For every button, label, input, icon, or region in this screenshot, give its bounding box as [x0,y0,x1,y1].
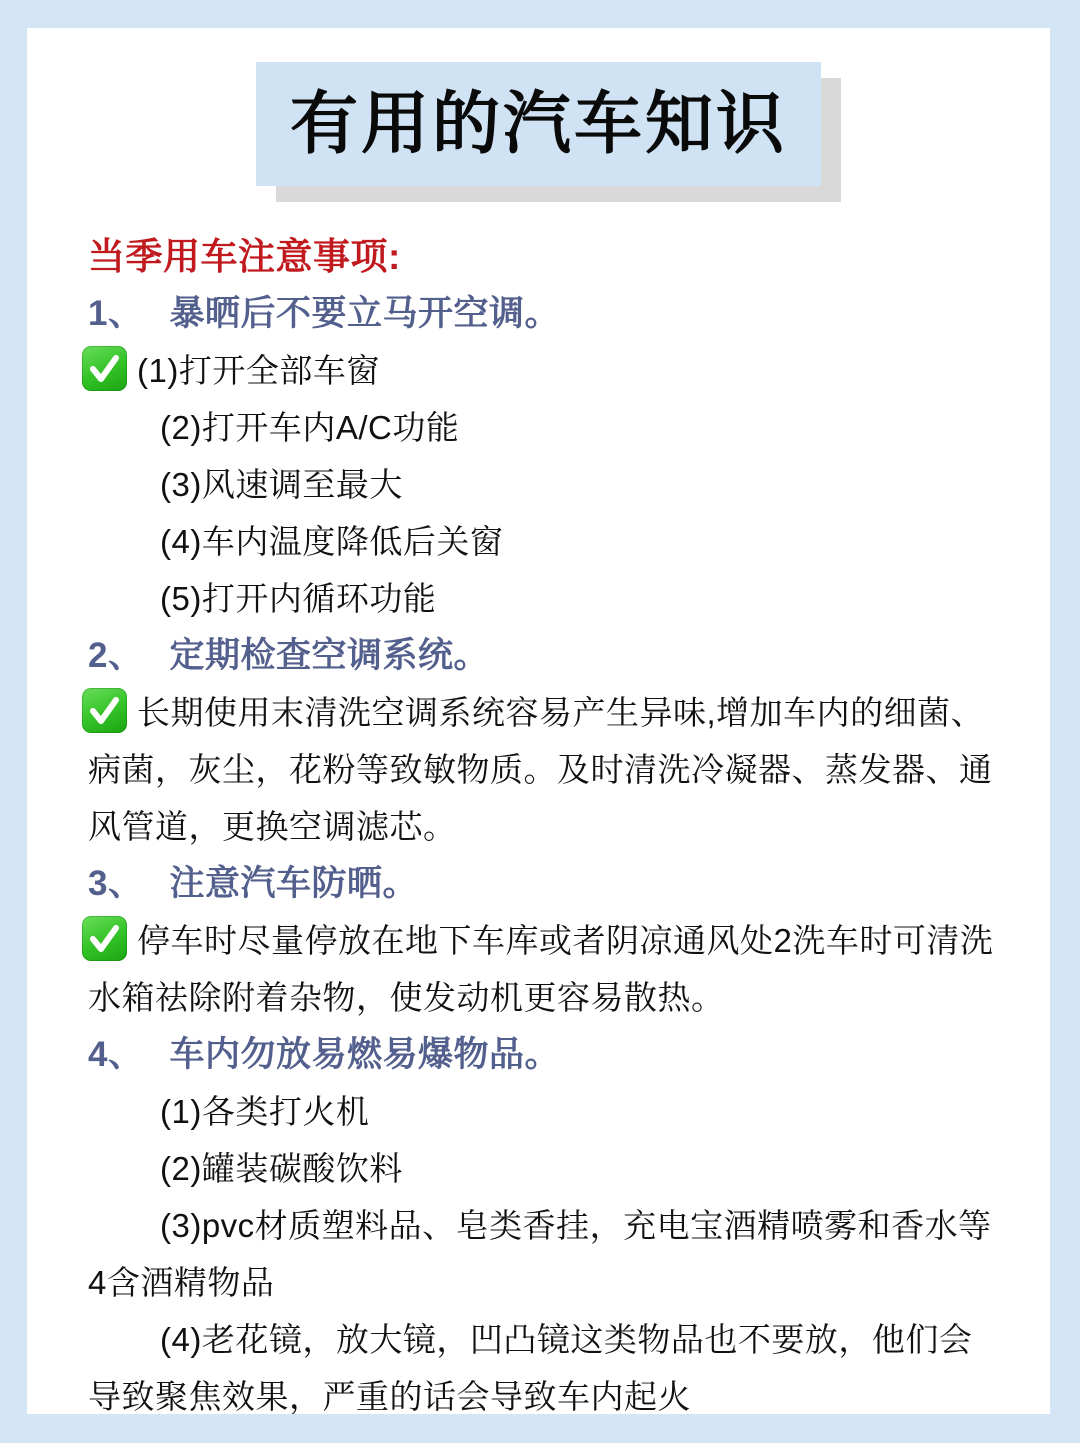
check-icon [82,688,127,733]
list-item: (4)车内温度降低后关窗 [88,513,997,570]
section-number: 1、 [88,294,143,333]
section-number: 4、 [88,1035,143,1074]
section-title-text: 暴晒后不要立马开空调。 [169,294,560,333]
list-item: (3)风速调至最大 [88,456,997,513]
paragraph-text: 长期使用末清洗空调系统容易产生异味,增加车内的细菌、病菌，灰尘，花粉等致敏物质。… [88,694,993,845]
section-title-text: 定期检查空调系统。 [169,636,489,675]
section-2-title: 2、定期检查空调系统。 [88,627,997,684]
check-icon [82,346,127,391]
content-card: 有用的汽车知识 当季用车注意事项: 1、暴晒后不要立马开空调。 (1)打开全部车… [27,28,1050,1414]
paragraph-text: 停车时尽量停放在地下车库或者阴凉通风处2洗车时可清洗水箱祛除附着杂物，使发动机更… [88,922,993,1016]
section-number: 2、 [88,636,143,675]
check-icon [82,916,127,961]
title-box: 有用的汽车知识 [256,62,821,186]
section-3-title: 3、注意汽车防晒。 [88,855,997,912]
section-heading: 当季用车注意事项: [88,228,997,285]
section-4-title: 4、车内勿放易燃易爆物品。 [88,1026,997,1083]
page-background: 有用的汽车知识 当季用车注意事项: 1、暴晒后不要立马开空调。 (1)打开全部车… [0,0,1080,1443]
paragraph: 停车时尽量停放在地下车库或者阴凉通风处2洗车时可清洗水箱祛除附着杂物，使发动机更… [88,912,997,1026]
content-area: 当季用车注意事项: 1、暴晒后不要立马开空调。 (1)打开全部车窗 (2)打开车… [88,228,997,1414]
paragraph: 长期使用末清洗空调系统容易产生异味,增加车内的细菌、病菌，灰尘，花粉等致敏物质。… [88,684,997,855]
section-1-title: 1、暴晒后不要立马开空调。 [88,285,997,342]
list-item: (3)pvc材质塑料品、皂类香挂，充电宝酒精喷雾和香水等4含酒精物品 [88,1197,997,1311]
list-item-text: (1)打开全部车窗 [137,352,380,389]
section-number: 3、 [88,864,143,903]
list-item: (1)打开全部车窗 [88,342,997,399]
list-item: (4)老花镜，放大镜，凹凸镜这类物品也不要放，他们会导致聚焦效果，严重的话会导致… [88,1311,997,1414]
section-title-text: 注意汽车防晒。 [169,864,418,903]
list-item: (2)打开车内A/C功能 [88,399,997,456]
list-item: (5)打开内循环功能 [88,570,997,627]
section-title-text: 车内勿放易燃易爆物品。 [169,1035,560,1074]
list-item: (1)各类打火机 [88,1083,997,1140]
page-title: 有用的汽车知识 [290,86,787,162]
list-item: (2)罐装碳酸饮料 [88,1140,997,1197]
